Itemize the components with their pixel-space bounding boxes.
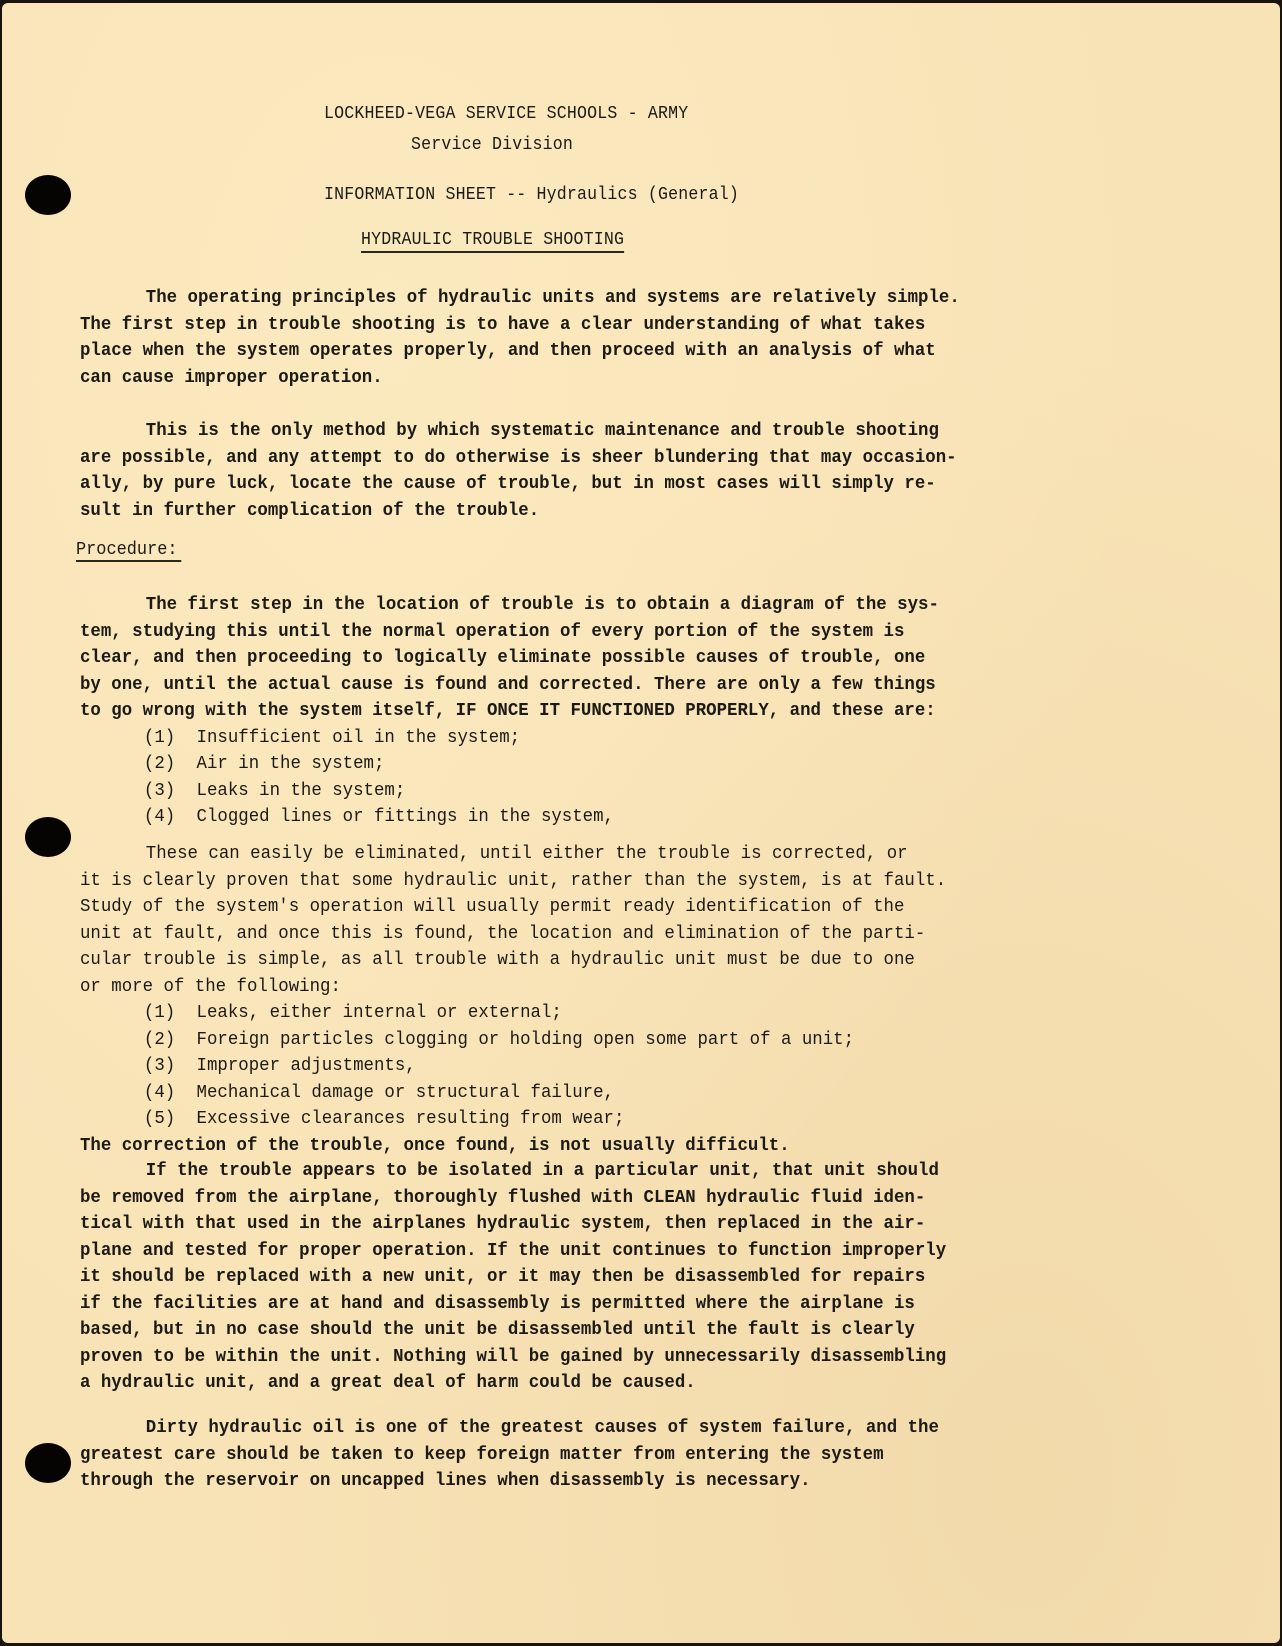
list-number: (3) (144, 778, 197, 805)
division-heading: Service Division (411, 135, 573, 155)
procedure-paragraph-2: These can easily be eliminated, until ei… (80, 841, 1133, 1159)
text-line: If the trouble appears to be isolated in… (80, 1158, 1133, 1185)
text-line: tical with that used in the airplanes hy… (80, 1211, 1133, 1238)
list-number: (2) (144, 1027, 197, 1054)
list-number: (3) (144, 1053, 197, 1080)
text-line: or more of the following: (80, 974, 1133, 1001)
sheet-heading: INFORMATION SHEET -- Hydraulics (General… (324, 185, 739, 205)
list-number: (1) (144, 1000, 197, 1027)
text-line: cular trouble is simple, as all trouble … (80, 947, 1133, 974)
text-line: a hydraulic unit, and a great deal of ha… (80, 1370, 1133, 1397)
text-line: to go wrong with the system itself, IF O… (80, 698, 1133, 725)
system-cause-item: (1)Insufficient oil in the system; (80, 725, 1133, 752)
unit-cause-item: (4)Mechanical damage or structural failu… (80, 1080, 1133, 1107)
text-line: it is clearly proven that some hydraulic… (80, 868, 1133, 895)
organization-heading: LOCKHEED-VEGA SERVICE SCHOOLS - ARMY (324, 104, 688, 124)
text-line: tem, studying this until the normal oper… (80, 619, 1133, 646)
unit-cause-item: (3)Improper adjustments, (80, 1053, 1133, 1080)
intro-paragraph-2: This is the only method by which systema… (80, 418, 1133, 524)
system-cause-item: (2)Air in the system; (80, 751, 1133, 778)
punch-hole-bottom (25, 1443, 71, 1483)
text-line: Dirty hydraulic oil is one of the greate… (80, 1415, 1133, 1442)
list-number: (2) (144, 751, 197, 778)
list-number: (1) (144, 725, 197, 752)
list-text: Insufficient oil in the system; (197, 727, 521, 748)
text-line: through the reservoir on uncapped lines … (80, 1468, 1133, 1495)
list-text: Improper adjustments, (197, 1055, 416, 1076)
punch-hole-top (25, 175, 71, 215)
text-line: This is the only method by which systema… (80, 418, 1133, 445)
procedure-heading: Procedure: (76, 540, 181, 562)
text-line: if the facilities are at hand and disass… (80, 1291, 1133, 1318)
text-line: sult in further complication of the trou… (80, 498, 1133, 525)
punch-hole-middle (25, 817, 71, 857)
correction-line: The correction of the trouble, once foun… (80, 1133, 1133, 1160)
text-line: These can easily be eliminated, until ei… (80, 841, 1133, 868)
document-title: HYDRAULIC TROUBLE SHOOTING (361, 230, 624, 253)
document-page: LOCKHEED-VEGA SERVICE SCHOOLS - ARMY Ser… (2, 3, 1280, 1643)
text-line: The first step in trouble shooting is to… (80, 312, 1133, 339)
text-line: can cause improper operation. (80, 365, 1133, 392)
text-line: The first step in the location of troubl… (80, 592, 1133, 619)
text-line: proven to be within the unit. Nothing wi… (80, 1344, 1133, 1371)
text-line: clear, and then proceeding to logically … (80, 645, 1133, 672)
unit-cause-item: (5)Excessive clearances resulting from w… (80, 1106, 1133, 1133)
text-line: place when the system operates properly,… (80, 338, 1133, 365)
text-line: it should be replaced with a new unit, o… (80, 1264, 1133, 1291)
text-line: ally, by pure luck, locate the cause of … (80, 471, 1133, 498)
list-text: Mechanical damage or structural failure, (197, 1082, 614, 1103)
unit-cause-item: (1)Leaks, either internal or external; (80, 1000, 1133, 1027)
text-line: are possible, and any attempt to do othe… (80, 445, 1133, 472)
text-line: unit at fault, and once this is found, t… (80, 921, 1133, 948)
list-number: (5) (144, 1106, 197, 1133)
text-line: based, but in no case should the unit be… (80, 1317, 1133, 1344)
procedure-paragraph-1: The first step in the location of troubl… (80, 592, 1133, 831)
text-line: by one, until the actual cause is found … (80, 672, 1133, 699)
list-number: (4) (144, 804, 197, 831)
list-text: Foreign particles clogging or holding op… (197, 1029, 854, 1050)
system-cause-item: (4)Clogged lines or fittings in the syst… (80, 804, 1133, 831)
list-text: Leaks, either internal or external; (197, 1002, 562, 1023)
text-line: Study of the system's operation will usu… (80, 894, 1133, 921)
text-line: be removed from the airplane, thoroughly… (80, 1185, 1133, 1212)
procedure-paragraph-3: If the trouble appears to be isolated in… (80, 1158, 1133, 1397)
list-text: Clogged lines or fittings in the system, (197, 806, 614, 827)
system-cause-item: (3)Leaks in the system; (80, 778, 1133, 805)
list-text: Excessive clearances resulting from wear… (197, 1108, 625, 1129)
procedure-paragraph-4: Dirty hydraulic oil is one of the greate… (80, 1415, 1133, 1495)
unit-cause-item: (2)Foreign particles clogging or holding… (80, 1027, 1133, 1054)
list-number: (4) (144, 1080, 197, 1107)
intro-paragraph-1: The operating principles of hydraulic un… (80, 285, 1133, 391)
list-text: Air in the system; (197, 753, 385, 774)
text-line: greatest care should be taken to keep fo… (80, 1442, 1133, 1469)
list-text: Leaks in the system; (197, 780, 406, 801)
text-line: The operating principles of hydraulic un… (80, 285, 1133, 312)
text-line: plane and tested for proper operation. I… (80, 1238, 1133, 1265)
